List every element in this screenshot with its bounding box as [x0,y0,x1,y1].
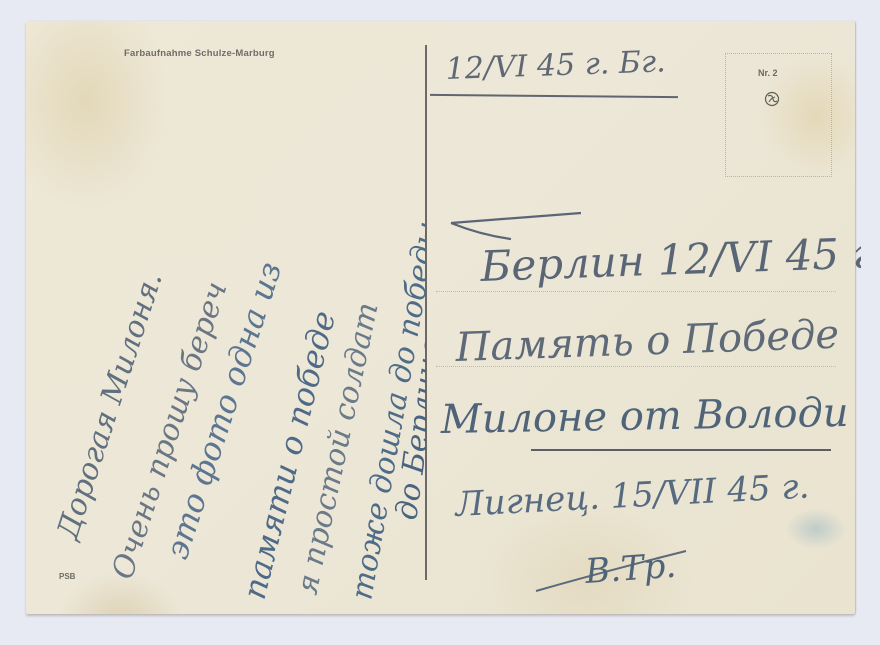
svg-text:12/VI 45 г. Бг.: 12/VI 45 г. Бг. [445,44,666,87]
stamp-box: Nr. 2 [725,53,832,177]
svg-text:Милоне от Володи: Милоне от Володи [439,390,849,443]
stamp-number-label: Nr. 2 [758,68,778,78]
handwritten-signature: В.Тр. [526,531,786,611]
svg-text:Лигнец. 15/VII 45 г.: Лигнец. 15/VII 45 г. [452,471,810,525]
address-underline [531,449,831,451]
handwritten-message: Дорогая Милоня. Очень прошу береч это фо… [26,21,426,614]
handwritten-header-date: 12/VI 45 г. Бг. [436,33,736,103]
ink-smudge [786,509,846,549]
handwritten-address-line1: Берлин 12/VI 45 г. [441,201,861,301]
circle-swirl-logo-icon [764,91,780,107]
svg-text:В.Тр.: В.Тр. [583,546,678,592]
postcard: Farbaufnahme Schulze-Marburg PSB Nr. 2 1… [26,21,855,614]
svg-text:Берлин 12/VI 45 г.: Берлин 12/VI 45 г. [479,228,861,291]
svg-text:Память о Победе: Память о Победе [454,312,840,371]
handwritten-address-line2: Память о Победе [441,306,861,386]
